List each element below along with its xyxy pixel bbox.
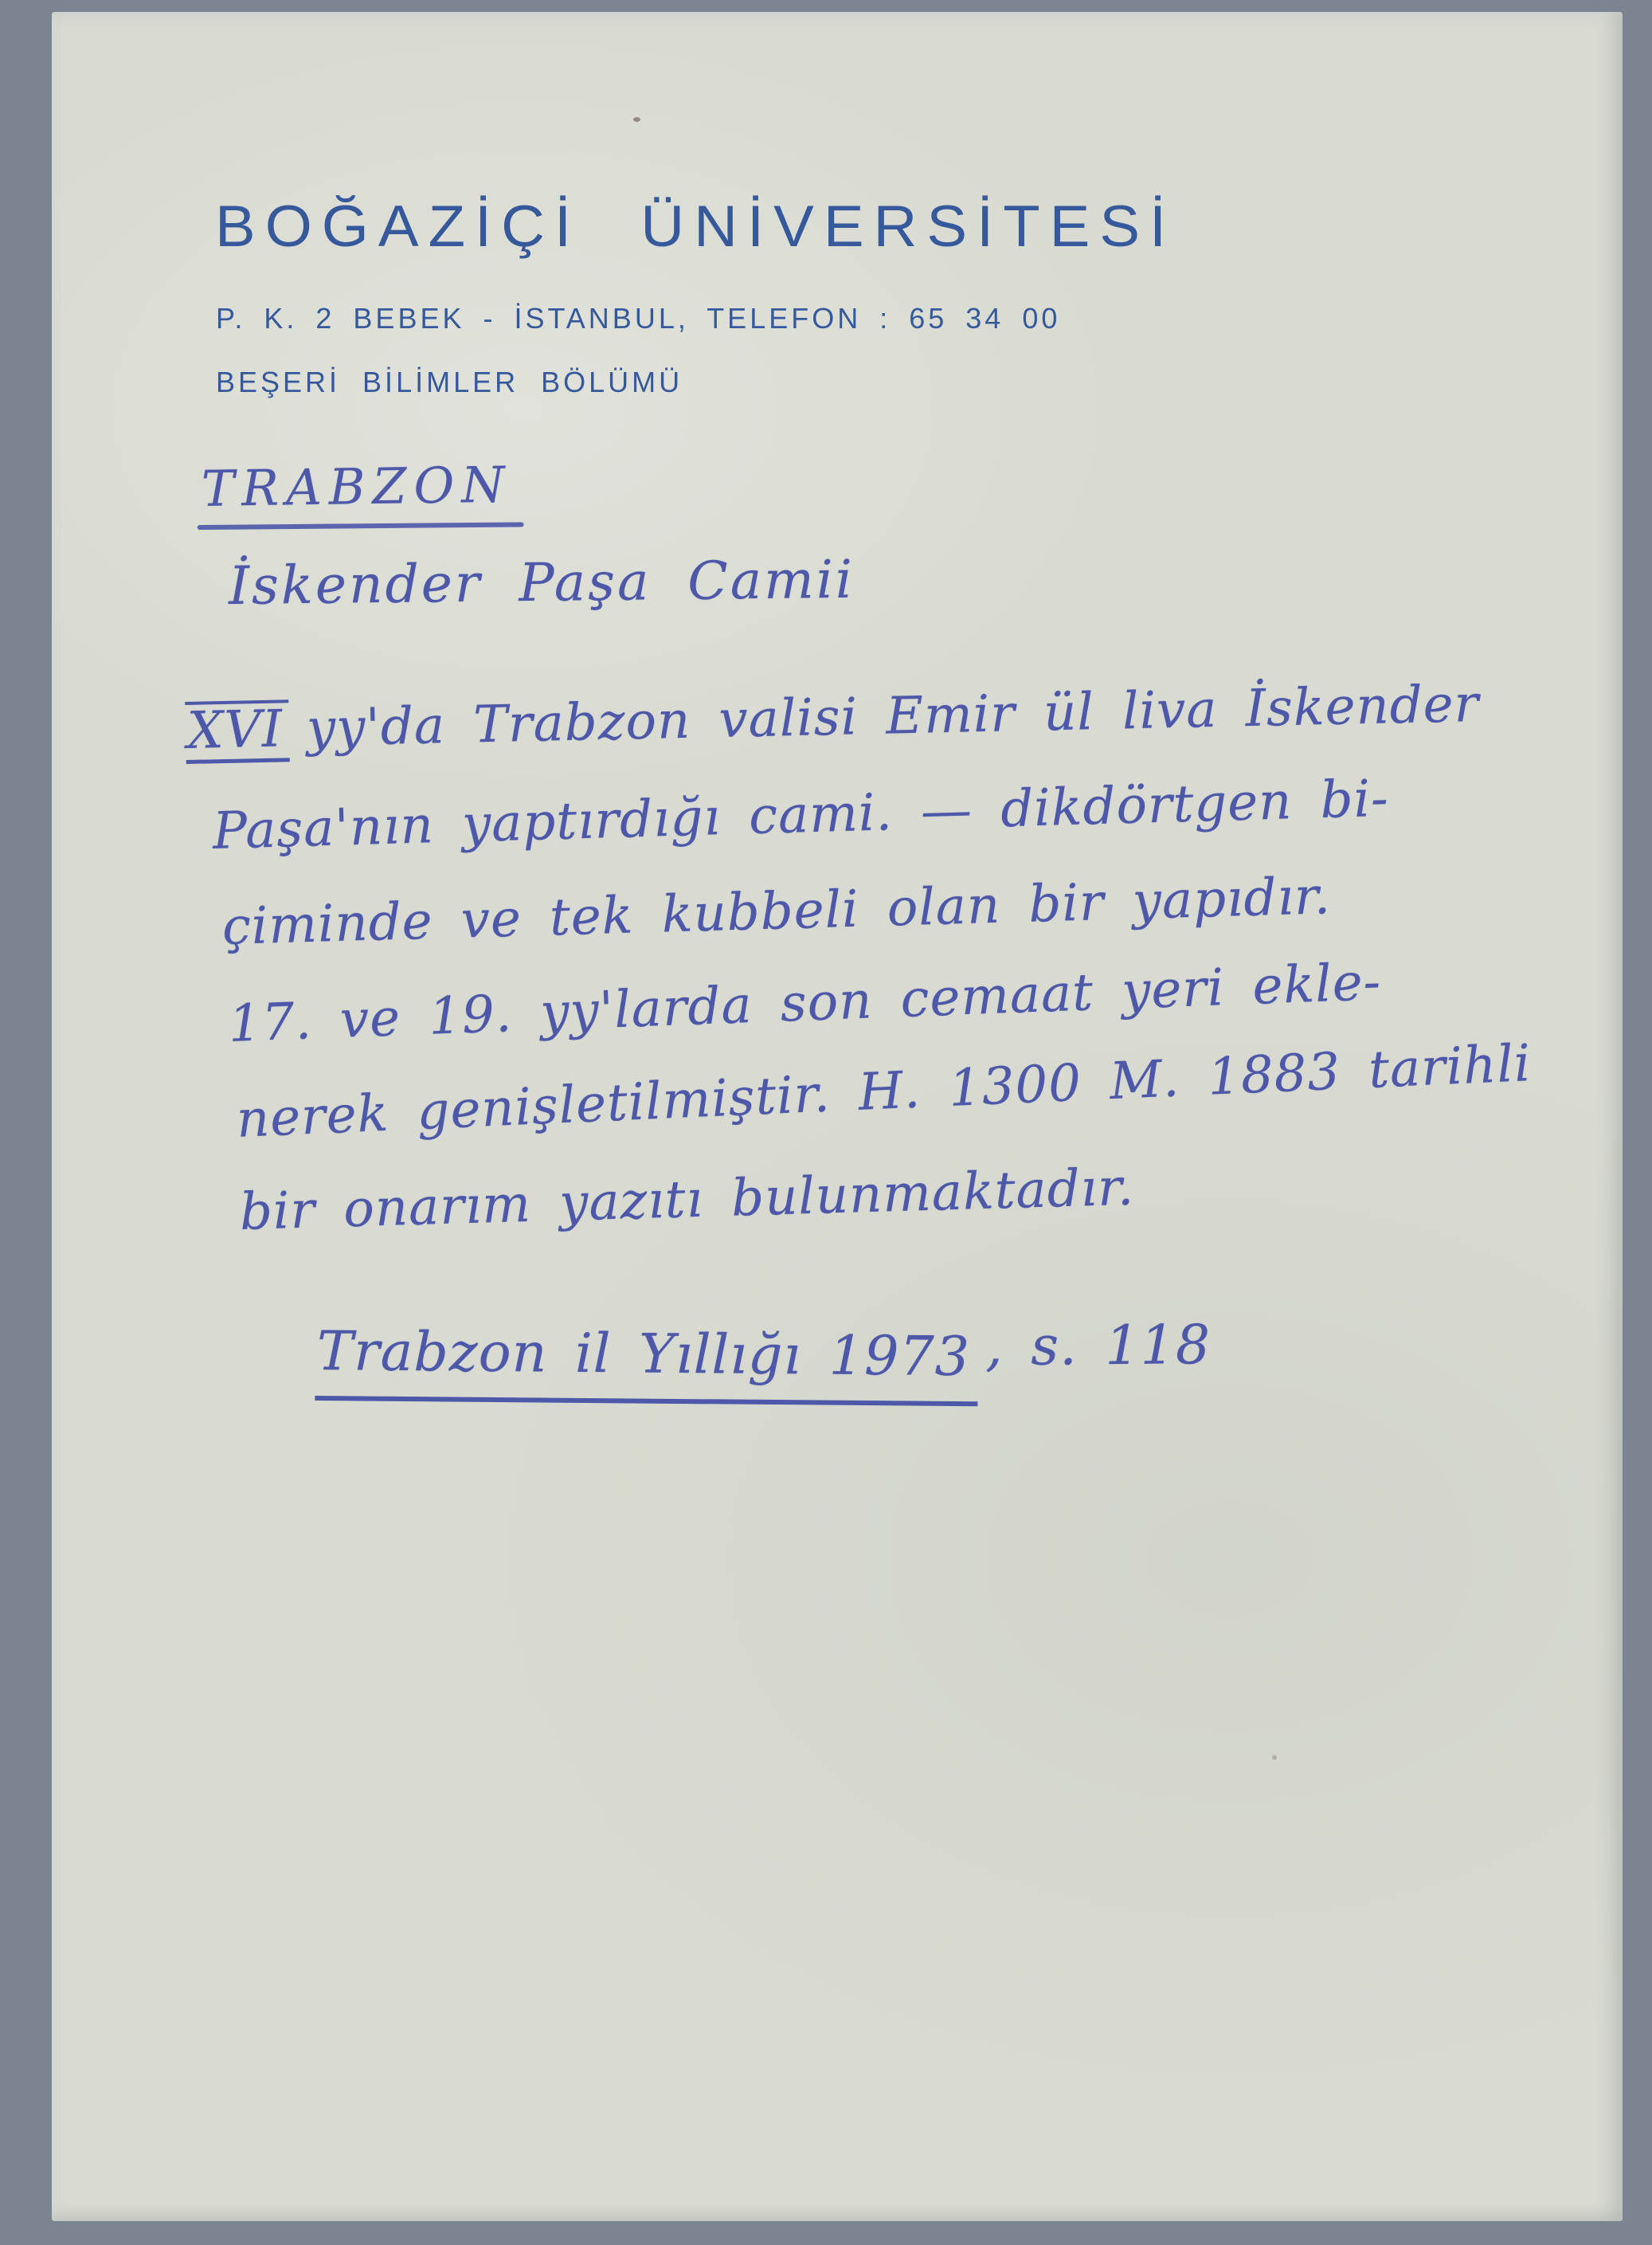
letter-page: BOĞAZİÇİ ÜNİVERSİTESİ P. K. 2 BEBEK - İS… — [52, 12, 1623, 2221]
citation-source: Trabzon il Yıllığı 1973 — [315, 1320, 978, 1406]
letterhead-address: P. K. 2 BEBEK - İSTANBUL, TELEFON : 65 3… — [216, 302, 1060, 335]
hand-line-6: bir onarım yazıtı bulunmaktadır. — [239, 1158, 1135, 1242]
roman-numeral-xvi: XVI — [185, 699, 290, 764]
note-subject: İskender Paşa Camii — [229, 549, 855, 617]
note-heading: TRABZON — [201, 456, 512, 518]
paper-speck — [633, 117, 640, 122]
hand-line-2: Paşa'nın yaptırdığı cami. — dikdörtgen b… — [212, 770, 1390, 861]
hand-line-4: 17. ve 19. yy'larda son cemaat yeri ekle… — [228, 953, 1383, 1054]
citation-page: , s. 118 — [985, 1314, 1212, 1378]
hand-line-3: çiminde ve tek kubbeli olan bir yapıdır. — [221, 867, 1332, 957]
citation: Trabzon il Yıllığı 1973, s. 118 — [315, 1314, 1212, 1401]
university-name: BOĞAZİÇİ ÜNİVERSİTESİ — [215, 194, 1176, 261]
letterhead-department: BEŞERİ BİLİMLER BÖLÜMÜ — [216, 366, 683, 399]
hand-line-5: nerek genişletilmiştir. H. 1300 M. 1883 … — [235, 1034, 1532, 1150]
hand-line-1-text: yy'da Trabzon valisi Emir ül liva İskend… — [306, 675, 1480, 758]
paper-speck — [1272, 1755, 1277, 1760]
hand-line-1: XVIyy'da Trabzon valisi Emir ül liva İsk… — [185, 675, 1480, 764]
scan-backdrop: BOĞAZİÇİ ÜNİVERSİTESİ P. K. 2 BEBEK - İS… — [0, 0, 1652, 2245]
